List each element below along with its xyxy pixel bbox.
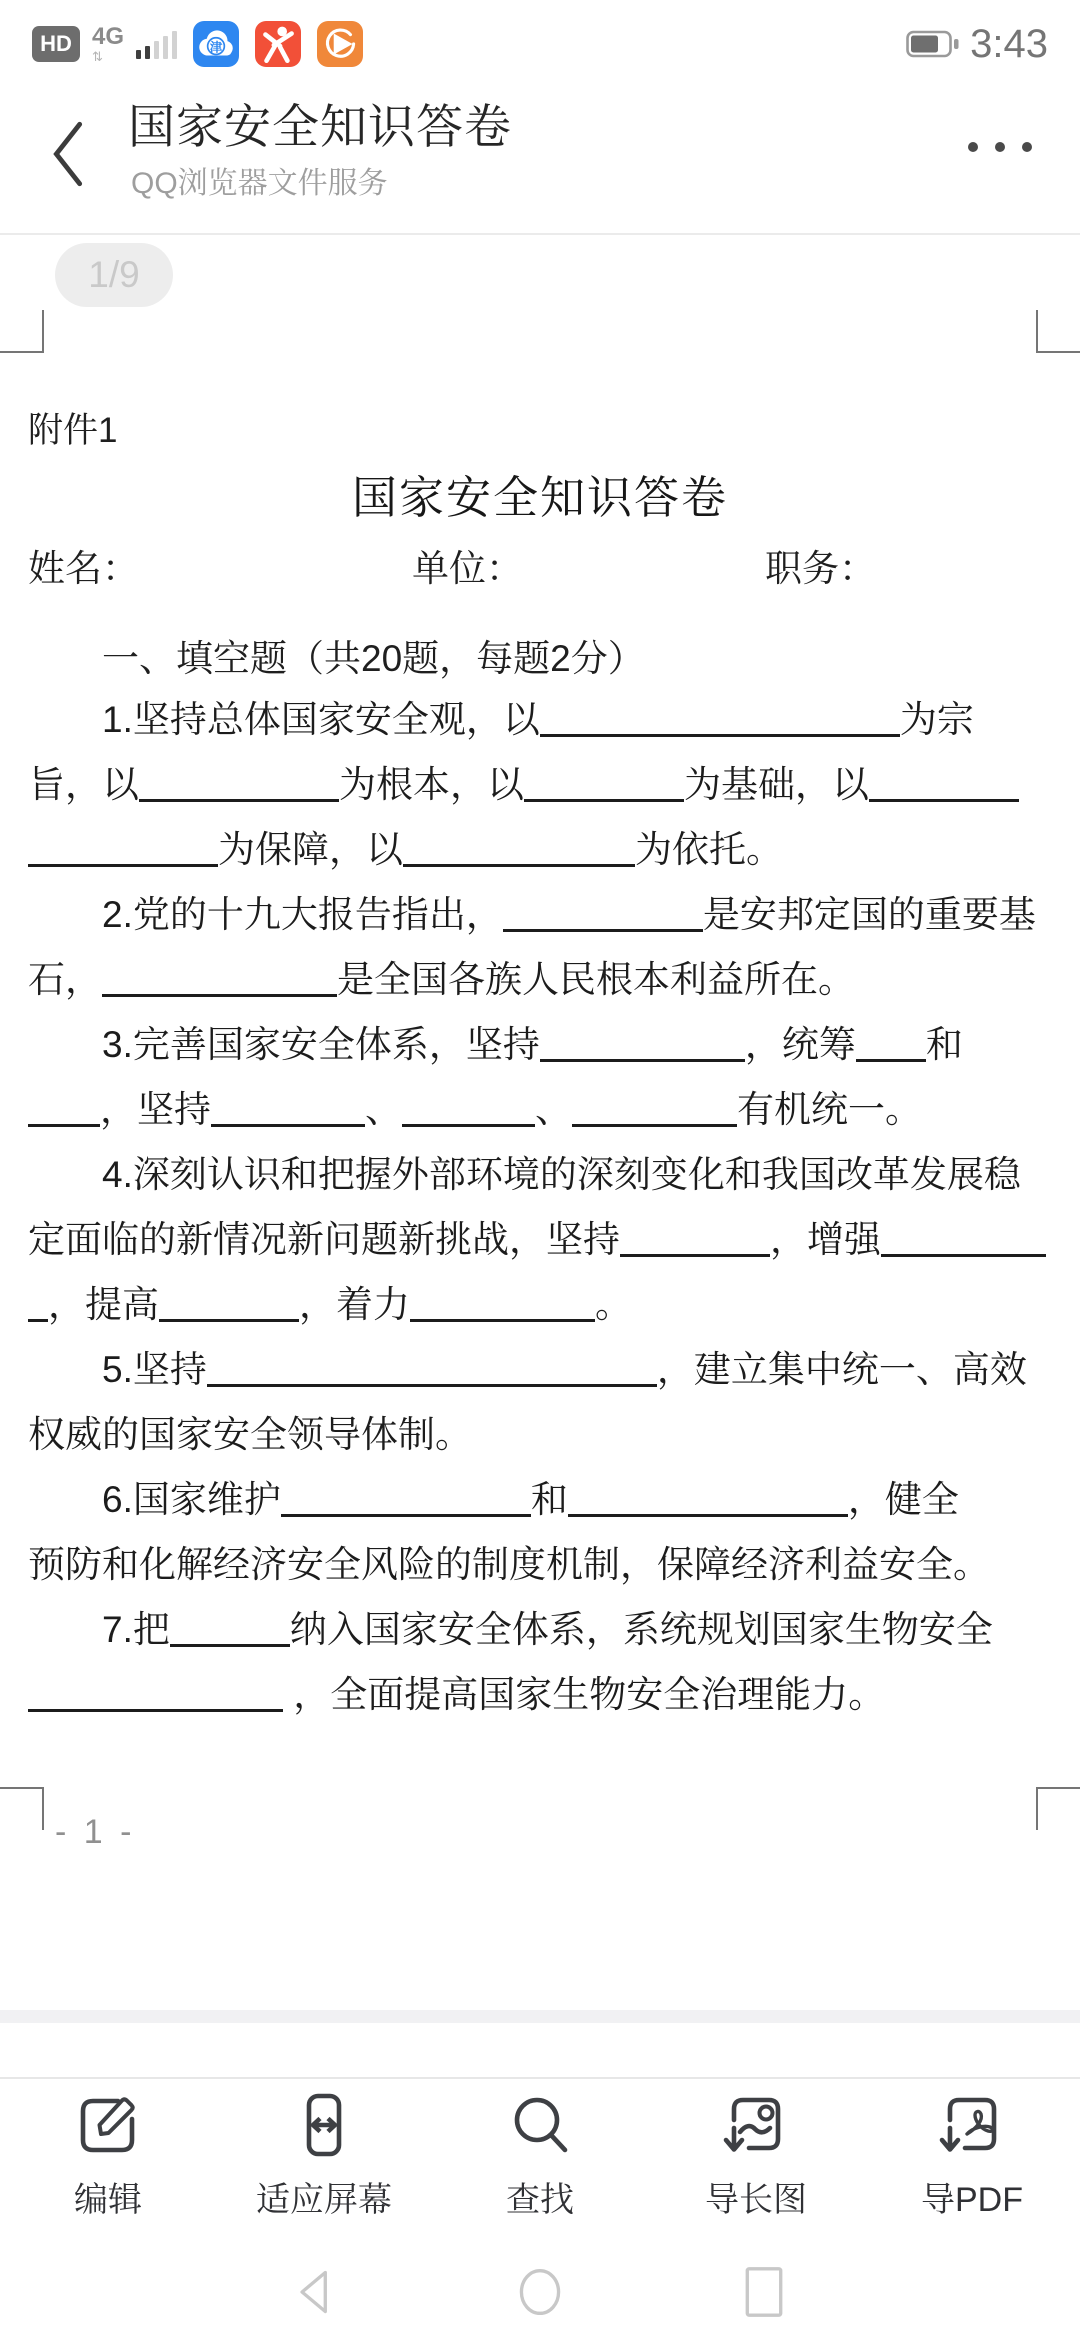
status-bar: HD 4G ⇅ 津 <box>0 0 1080 88</box>
fit-screen-icon <box>288 2089 360 2166</box>
dot-icon <box>1022 142 1032 152</box>
person-app-notification-icon <box>255 21 301 67</box>
question-text: 有机统一。 <box>737 1089 922 1130</box>
fill-blank <box>211 1116 365 1127</box>
play-app-notification-icon <box>317 21 363 67</box>
field-label: 职务： <box>765 538 876 592</box>
fill-blank <box>503 921 703 932</box>
fill-blank <box>524 791 684 802</box>
status-right-cluster: 3:43 <box>906 22 1048 67</box>
toolbar-item-export-long-image[interactable]: 导长图 <box>648 2079 864 2251</box>
fill-blank <box>139 791 339 802</box>
toolbar-label: 导PDF <box>921 2172 1023 2221</box>
toolbar-label: 适应屏幕 <box>256 2172 392 2221</box>
chevron-left-icon <box>45 120 91 188</box>
fill-blank <box>28 1116 100 1127</box>
fill-blank <box>881 1246 1046 1257</box>
data-transfer-icon: ⇅ <box>92 50 103 63</box>
fill-blank <box>159 1311 299 1322</box>
document-title: 国家安全知识答卷 <box>0 461 1080 526</box>
page-title: 国家安全知识答卷 <box>128 90 512 157</box>
page-subtitle: QQ浏览器文件服务 <box>131 158 388 202</box>
nav-recents-button[interactable] <box>736 2267 792 2323</box>
question-line: 3.完善国家安全体系，坚持，统筹和 <box>28 1012 1052 1077</box>
fill-blank <box>28 856 218 867</box>
phone-screen: HD 4G ⇅ 津 <box>0 0 1080 2340</box>
question-line: 4.深刻认识和把握外部环境的深刻变化和我国改革发展稳 <box>28 1142 1052 1207</box>
export-pdf-icon <box>936 2089 1008 2166</box>
question-text: ，坚持 <box>100 1089 211 1130</box>
question-text: 为基础，以 <box>684 764 869 805</box>
fill-blank <box>403 856 635 867</box>
back-button[interactable] <box>40 116 96 192</box>
question-text: 7.把 <box>102 1609 170 1650</box>
question-line: ，全面提高国家生物安全治理能力。 <box>28 1662 1052 1727</box>
question-line: 定面临的新情况新问题新挑战，坚持，增强 <box>28 1207 1052 1272</box>
question-line: ，提高，着力。 <box>28 1272 1052 1337</box>
question-text: 定面临的新情况新问题新挑战，坚持 <box>28 1219 620 1260</box>
question-text: 预防和化解经济安全风险的制度机制，保障经济利益安全。 <box>28 1544 990 1585</box>
question-text: 1.坚持总体国家安全观，以 <box>102 699 540 740</box>
question-line: 7.把纳入国家安全体系，系统规划国家生物安全 <box>28 1597 1052 1662</box>
fill-blank <box>28 1701 283 1712</box>
crop-mark-bottom-left <box>0 1787 44 1830</box>
question-text: 为依托。 <box>635 829 783 870</box>
fill-blank <box>207 1376 657 1387</box>
crop-mark-top-right <box>1036 310 1080 353</box>
question-text: 。 <box>595 1284 632 1325</box>
clock: 3:43 <box>970 22 1048 67</box>
svg-text:津: 津 <box>210 39 223 54</box>
toolbar-item-export-pdf[interactable]: 导PDF <box>864 2079 1080 2251</box>
question-text: 和 <box>531 1479 568 1520</box>
question-text: 和 <box>926 1024 963 1065</box>
question-text: 石， <box>28 959 102 1000</box>
cloud-app-notification-icon: 津 <box>193 21 239 67</box>
fields-row: 姓名：单位：职务： <box>28 538 1052 588</box>
fill-blank <box>102 986 337 997</box>
network-indicator: 4G ⇅ <box>92 25 124 63</box>
question-line: 预防和化解经济安全风险的制度机制，保障经济利益安全。 <box>28 1532 1052 1597</box>
question-text: 权威的国家安全领导体制。 <box>28 1414 472 1455</box>
document-body: 1.坚持总体国家安全观，以为宗旨，以为根本，以为基础，以为保障，以为依托。2.党… <box>28 687 1052 1727</box>
toolbar-item-find[interactable]: 查找 <box>432 2079 648 2251</box>
home-circle-icon <box>514 2266 566 2323</box>
system-nav-bar <box>0 2249 1080 2340</box>
question-text: 5.坚持 <box>102 1349 207 1390</box>
question-text: ，着力 <box>299 1284 410 1325</box>
field-label: 单位： <box>412 538 523 592</box>
fill-blank <box>856 1051 926 1062</box>
fill-blank <box>402 1116 535 1127</box>
crop-mark-bottom-right <box>1036 1787 1080 1830</box>
hd-volte-icon: HD <box>32 26 80 62</box>
toolbar-item-edit[interactable]: 编辑 <box>0 2079 216 2251</box>
question-line: 2.党的十九大报告指出，是安邦定国的重要基 <box>28 882 1052 947</box>
question-text: ，增强 <box>770 1219 881 1260</box>
dot-icon <box>995 142 1005 152</box>
question-text: 4.深刻认识和把握外部环境的深刻变化和我国改革发展稳 <box>102 1154 1021 1195</box>
page-number: - 1 - <box>55 1813 135 1852</box>
back-triangle-icon <box>290 2266 342 2323</box>
export-long-image-icon <box>720 2089 792 2166</box>
question-line: 旨，以为根本，以为基础，以 <box>28 752 1052 817</box>
question-text: 为保障，以 <box>218 829 403 870</box>
fill-blank <box>410 1311 595 1322</box>
battery-icon <box>906 28 960 60</box>
fill-blank <box>540 1051 745 1062</box>
crop-mark-top-left <box>0 310 44 353</box>
fill-blank <box>28 1311 48 1322</box>
question-line: 为保障，以为依托。 <box>28 817 1052 882</box>
question-text: 纳入国家安全体系，系统规划国家生物安全 <box>290 1609 993 1650</box>
signal-strength-icon <box>136 29 177 59</box>
status-left-cluster: HD 4G ⇅ 津 <box>32 21 363 67</box>
question-line: 1.坚持总体国家安全观，以为宗 <box>28 687 1052 752</box>
question-text: 是全国各族人民根本利益所在。 <box>337 959 855 1000</box>
question-line: 石，是全国各族人民根本利益所在。 <box>28 947 1052 1012</box>
question-text: ，全面提高国家生物安全治理能力。 <box>283 1674 885 1715</box>
app-header: 国家安全知识答卷 QQ浏览器文件服务 <box>0 88 1080 233</box>
question-line: 权威的国家安全领导体制。 <box>28 1402 1052 1467</box>
question-text: 旨，以 <box>28 764 139 805</box>
toolbar-item-fit-screen[interactable]: 适应屏幕 <box>216 2079 432 2251</box>
edit-icon <box>72 2089 144 2166</box>
document-toolbar: 编辑适应屏幕查找导长图导PDF <box>0 2077 1080 2251</box>
question-text: 为根本，以 <box>339 764 524 805</box>
question-text: 2.党的十九大报告指出， <box>102 894 503 935</box>
question-text: ，健全 <box>848 1479 959 1520</box>
section-heading: 一、填空题（共20题，每题2分） <box>28 628 1052 682</box>
question-line: ，坚持、、有机统一。 <box>28 1077 1052 1142</box>
document-page[interactable]: 1/9 附件1 国家安全知识答卷 姓名：单位：职务： 一、填空题（共20题，每题… <box>0 235 1080 2010</box>
fill-blank <box>869 791 1019 802</box>
question-text: 、 <box>535 1089 572 1130</box>
fill-blank <box>170 1636 290 1647</box>
attachment-label: 附件1 <box>28 403 117 453</box>
fill-blank <box>281 1506 531 1517</box>
nav-home-button[interactable] <box>512 2267 568 2323</box>
dot-icon <box>968 142 978 152</box>
question-text: 、 <box>365 1089 402 1130</box>
network-type-label: 4G <box>92 25 124 49</box>
fill-blank <box>572 1116 737 1127</box>
question-text: ，提高 <box>48 1284 159 1325</box>
question-line: 6.国家维护和，健全 <box>28 1467 1052 1532</box>
toolbar-label: 编辑 <box>74 2172 142 2221</box>
question-text: 6.国家维护 <box>102 1479 281 1520</box>
question-text: ，统筹 <box>745 1024 856 1065</box>
question-text: 3.完善国家安全体系，坚持 <box>102 1024 540 1065</box>
fill-blank <box>540 726 900 737</box>
toolbar-label: 查找 <box>506 2172 574 2221</box>
field-label: 姓名： <box>28 538 139 592</box>
question-text: 是安邦定国的重要基 <box>703 894 1036 935</box>
toolbar-label: 导长图 <box>705 2172 807 2221</box>
recents-square-icon <box>738 2266 790 2323</box>
nav-back-button[interactable] <box>288 2267 344 2323</box>
question-text: ，建立集中统一、高效 <box>657 1349 1027 1390</box>
page-indicator-badge: 1/9 <box>55 243 173 307</box>
more-menu-button[interactable] <box>958 132 1042 162</box>
search-icon <box>504 2089 576 2166</box>
fill-blank <box>620 1246 770 1257</box>
page-separator <box>0 2010 1080 2023</box>
fill-blank <box>568 1506 848 1517</box>
question-line: 5.坚持，建立集中统一、高效 <box>28 1337 1052 1402</box>
question-text: 为宗 <box>900 699 974 740</box>
